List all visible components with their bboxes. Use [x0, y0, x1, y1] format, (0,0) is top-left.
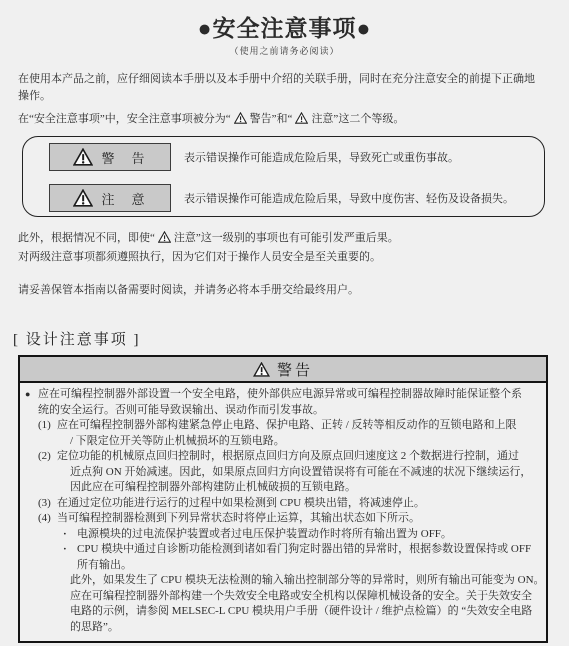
design-line-text: 统的安全运行。否则可能导致误输出、误动作而引发事故。 — [38, 404, 324, 416]
design-line: 近点狗 ON 开始减速。因此，如果原点回归方向设置错误将有可能在不减速的状况下继… — [25, 465, 540, 481]
warning-triangle-icon — [234, 112, 247, 130]
design-line-text: 电路的示例，请参阅 MELSEC-L CPU 模块用户手册（硬件设计 / 维护点… — [70, 605, 532, 617]
number-marker: (1) — [38, 418, 57, 434]
warning-description: 表示错误操作可能造成危险后果，导致死亡或重伤事故。 — [184, 149, 459, 165]
design-precautions-heading: [ 设计注意事项 ] — [13, 328, 141, 349]
design-line-text: / 下限定位开关等防止机械损坏的互锁电路。 — [70, 435, 285, 447]
bullet-marker: ● — [25, 387, 38, 403]
number-marker: (4) — [38, 511, 57, 527]
caution-legend-row: 注 意 表示错误操作可能造成危险后果，导致中度伤害、轻伤及设备损失。 — [49, 184, 544, 212]
note-post: 这一级别的事项也有可能引发严重后果。 — [201, 232, 399, 244]
design-line-text: 所有输出。 — [77, 559, 132, 571]
design-line: 统的安全运行。否则可能导致误输出、误动作而引发事故。 — [25, 403, 540, 419]
dot-marker: · — [63, 542, 77, 558]
keep-manual-paragraph: 请妥善保管本指南以备需要时阅读，并请务必将本手册交给最终用户。 — [18, 282, 554, 299]
caution-badge-label: 注 意 — [101, 189, 146, 208]
design-line: (3)在通过定位功能进行运行的过程中如果检测到 CPU 模块出错，将减速停止。 — [25, 496, 540, 512]
intro-line-2: 操作。 — [18, 88, 554, 105]
caution-triangle-icon — [295, 112, 308, 130]
design-box-header: 警告 — [20, 357, 546, 383]
design-line: / 下限定位开关等防止机械损坏的互锁电路。 — [25, 434, 540, 450]
warning-badge: 警 告 — [49, 143, 171, 171]
design-line: ·CPU 模块中通过自诊断功能检测到诸如看门狗定时器出错的异常时，根据参数设置保… — [25, 542, 540, 558]
severity-intro-mid: 和“ — [277, 113, 293, 125]
caution-triangle-icon — [73, 189, 93, 207]
number-marker: (2) — [38, 449, 57, 465]
design-line: ●应在可编程控制器外部设置一个安全电路，使外部供应电源异常或可编程控制器故障时能… — [25, 387, 540, 403]
caution-triangle-icon — [158, 231, 171, 249]
warning-badge-label: 警 告 — [101, 148, 146, 167]
number-marker: (3) — [38, 496, 57, 512]
design-line: 电路的示例，请参阅 MELSEC-L CPU 模块用户手册（硬件设计 / 维护点… — [25, 604, 540, 620]
design-line: 此外，如果发生了 CPU 模块无法检测的输入输出控制部分等的异常时，则所有输出可… — [25, 573, 540, 589]
severity-legend-box: 警 告 表示错误操作可能造成危险后果，导致死亡或重伤事故。 注 意 表示错误操作… — [22, 136, 545, 217]
severity-intro-post: 这二个等级。 — [338, 113, 404, 125]
design-line: (4)当可编程控制器检测到下列异常状态时将停止运算，其输出状态如下所示。 — [25, 511, 540, 527]
caution-word: 注意” — [311, 113, 338, 125]
severity-intro-pre: 在“安全注意事项”中，安全注意事项被分为“ — [18, 113, 231, 125]
design-line-text: 的思路”。 — [70, 621, 119, 633]
design-line-text: 因此应在可编程控制器外部构建防止机械破损的互锁电路。 — [70, 481, 356, 493]
design-line: 应在可编程控制器外部构建一个失效安全电路或安全机构以保障机械设备的安全。关于失效… — [25, 589, 540, 605]
design-line-text: 应在可编程控制器外部构建紧急停止电路、保护电路、正转 / 反转等相反动作的互锁电… — [57, 419, 517, 431]
design-line-text: 此外，如果发生了 CPU 模块无法检测的输入输出控制部分等的异常时，则所有输出可… — [70, 574, 545, 586]
caution-badge: 注 意 — [49, 184, 171, 212]
design-line-text: 近点狗 ON 开始减速。因此，如果原点回归方向设置错误将有可能在不减速的状况下继… — [70, 466, 531, 478]
note-line-2: 对两级注意事项都须遵照执行，因为它们对于操作人员安全是至关重要的。 — [18, 249, 554, 266]
intro-paragraph: 在使用本产品之前，应仔细阅读本手册以及本手册中介绍的关联手册，同时在充分注意安全… — [18, 71, 554, 105]
design-line-text: 定位功能的机械原点回归控制时，根据原点回归方向及原点回归速度这 2 个数据进行控… — [57, 450, 519, 462]
design-box-body: ●应在可编程控制器外部设置一个安全电路，使外部供应电源异常或可编程控制器故障时能… — [20, 383, 546, 641]
design-line: (2)定位功能的机械原点回归控制时，根据原点回归方向及原点回归速度这 2 个数据… — [25, 449, 540, 465]
design-precautions-box: 警告 ●应在可编程控制器外部设置一个安全电路，使外部供应电源异常或可编程控制器故… — [18, 355, 548, 643]
design-line-text: 应在可编程控制器外部构建一个失效安全电路或安全机构以保障机械设备的安全。关于失效… — [70, 590, 532, 602]
design-line-text: 在通过定位功能进行运行的过程中如果检测到 CPU 模块出错，将减速停止。 — [57, 497, 425, 509]
warning-triangle-icon — [73, 148, 93, 166]
dot-marker: · — [63, 527, 77, 543]
design-line: 因此应在可编程控制器外部构建防止机械破损的互锁电路。 — [25, 480, 540, 496]
warning-triangle-icon — [253, 362, 270, 377]
page-subtitle: （使用之前请务必阅读） — [0, 44, 569, 57]
intro-line-1: 在使用本产品之前，应仔细阅读本手册以及本手册中介绍的关联手册，同时在充分注意安全… — [18, 71, 554, 88]
design-line-text: CPU 模块中通过自诊断功能检测到诸如看门狗定时器出错的异常时，根据参数设置保持… — [77, 543, 531, 555]
note-paragraph: 此外，根据情况不同，即使“注意”这一级别的事项也有可能引发严重后果。 对两级注意… — [18, 230, 554, 266]
note-pre: 此外，根据情况不同，即使“ — [18, 232, 155, 244]
caution-description: 表示错误操作可能造成危险后果，导致中度伤害、轻伤及设备损失。 — [184, 190, 514, 206]
design-line: 所有输出。 — [25, 558, 540, 574]
warning-word: 警告” — [250, 113, 277, 125]
warning-legend-row: 警 告 表示错误操作可能造成危险后果，导致死亡或重伤事故。 — [49, 143, 544, 171]
design-line: (1)应在可编程控制器外部构建紧急停止电路、保护电路、正转 / 反转等相反动作的… — [25, 418, 540, 434]
design-line-text: 当可编程控制器检测到下列异常状态时将停止运算，其输出状态如下所示。 — [57, 512, 420, 524]
design-line-text: 电源模块的过电流保护装置或者过电压保护装置动作时将所有输出置为 OFF。 — [77, 528, 452, 540]
design-box-header-label: 警告 — [277, 359, 313, 380]
severity-intro-paragraph: 在“安全注意事项”中，安全注意事项被分为“警告”和“注意”这二个等级。 — [18, 111, 554, 130]
design-line-text: 应在可编程控制器外部设置一个安全电路，使外部供应电源异常或可编程控制器故障时能保… — [38, 388, 522, 400]
design-line: 的思路”。 — [25, 620, 540, 636]
safety-precautions-page: ●安全注意事项● （使用之前请务必阅读） 在使用本产品之前，应仔细阅读本手册以及… — [0, 0, 569, 646]
note-line-1: 此外，根据情况不同，即使“注意”这一级别的事项也有可能引发严重后果。 — [18, 230, 554, 249]
design-line: ·电源模块的过电流保护装置或者过电压保护装置动作时将所有输出置为 OFF。 — [25, 527, 540, 543]
page-title: ●安全注意事项● — [0, 10, 569, 43]
note-caution-word: 注意” — [174, 232, 201, 244]
